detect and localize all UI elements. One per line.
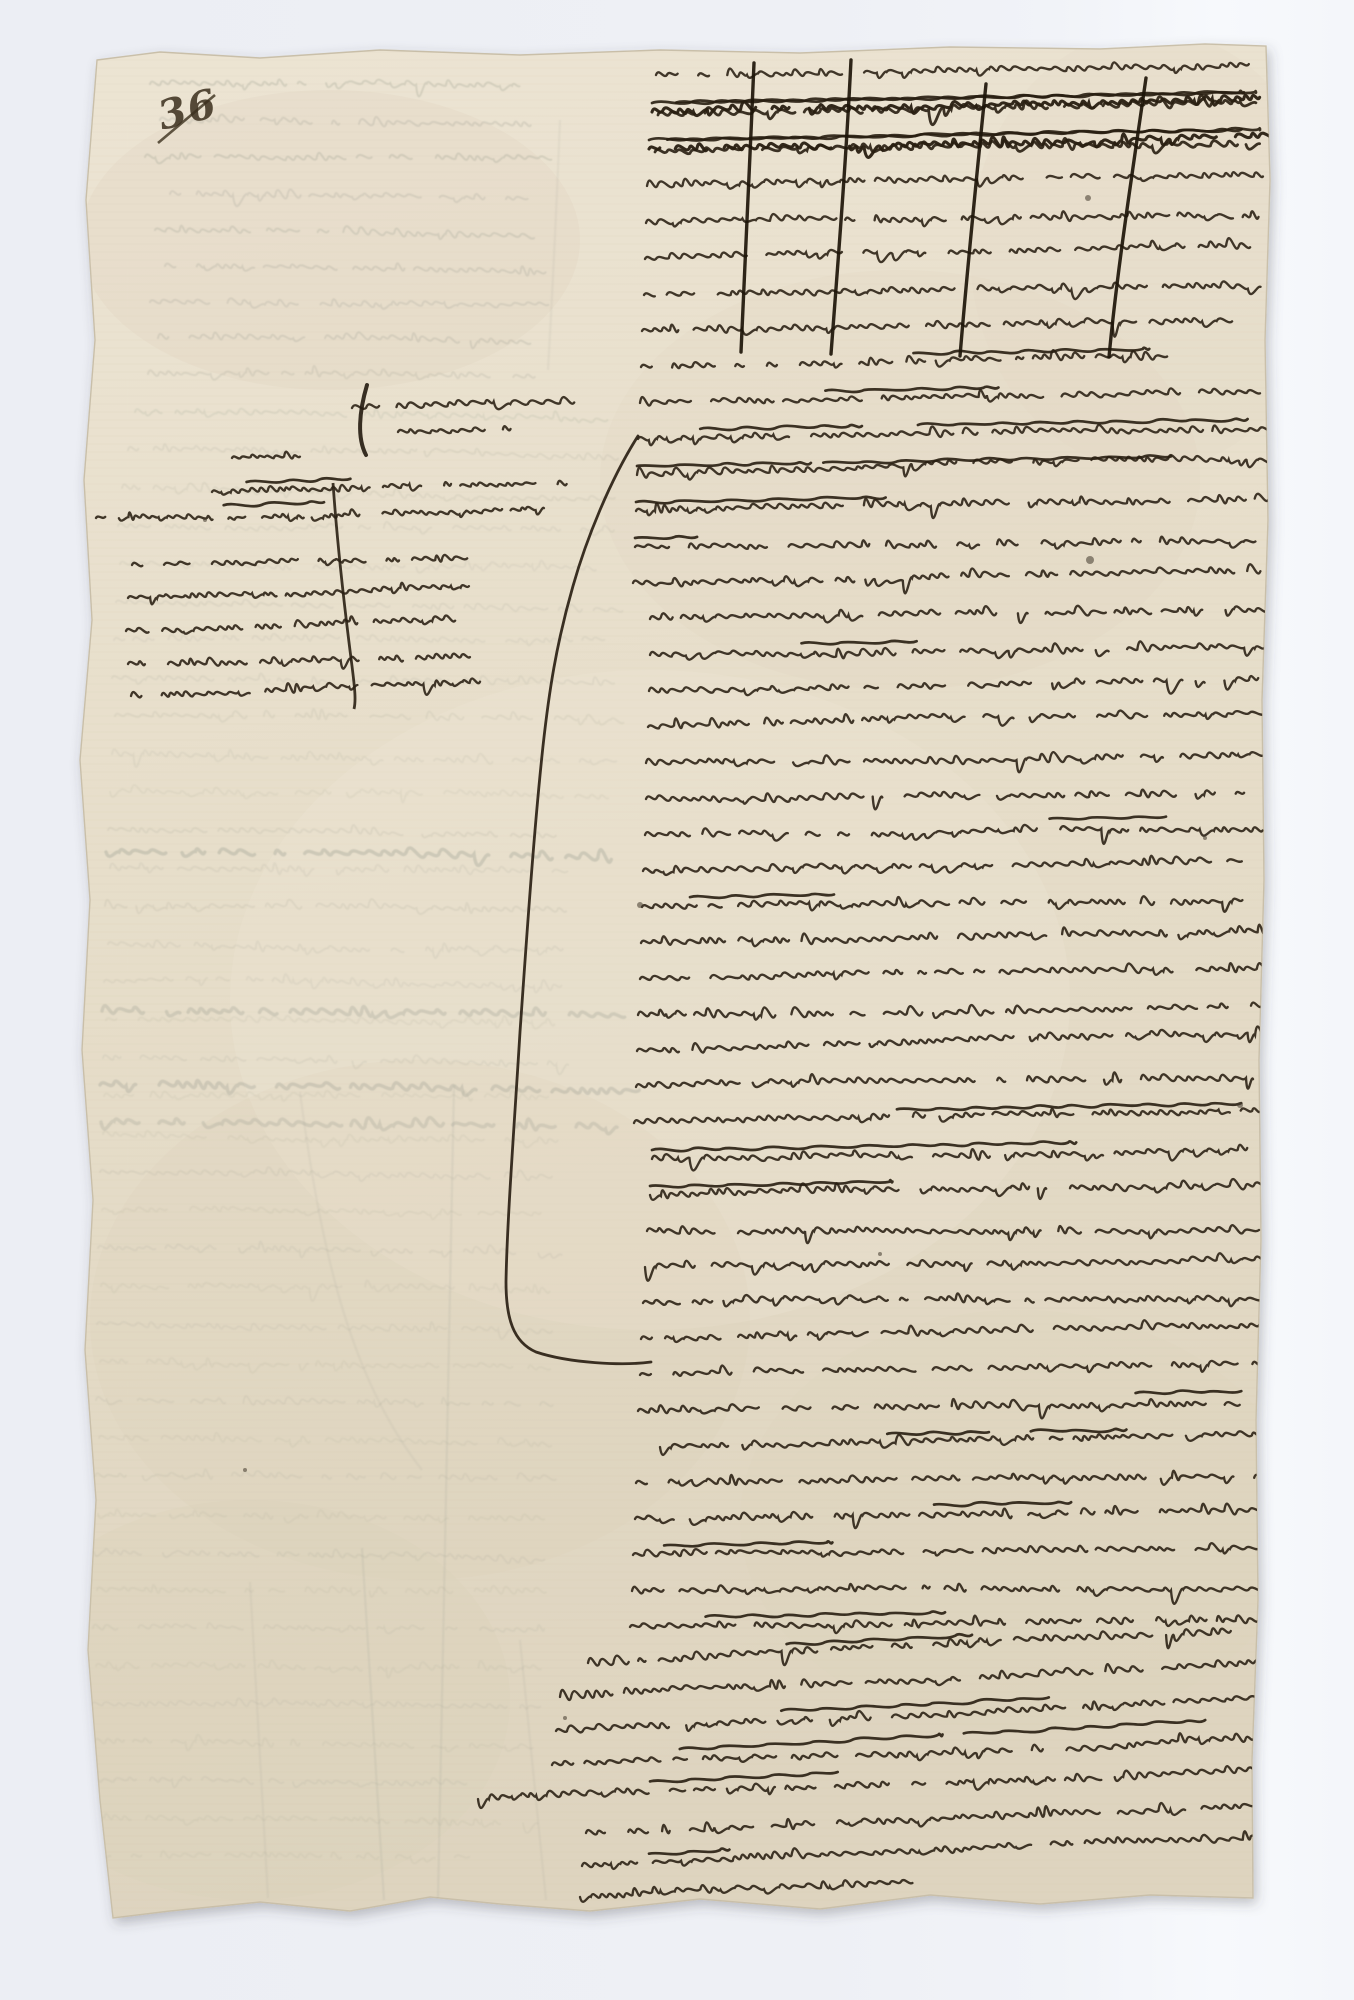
manuscript-scan-svg [0,0,1354,2000]
paper-content [0,30,1330,1950]
scan-root: 36 [0,0,1354,2000]
